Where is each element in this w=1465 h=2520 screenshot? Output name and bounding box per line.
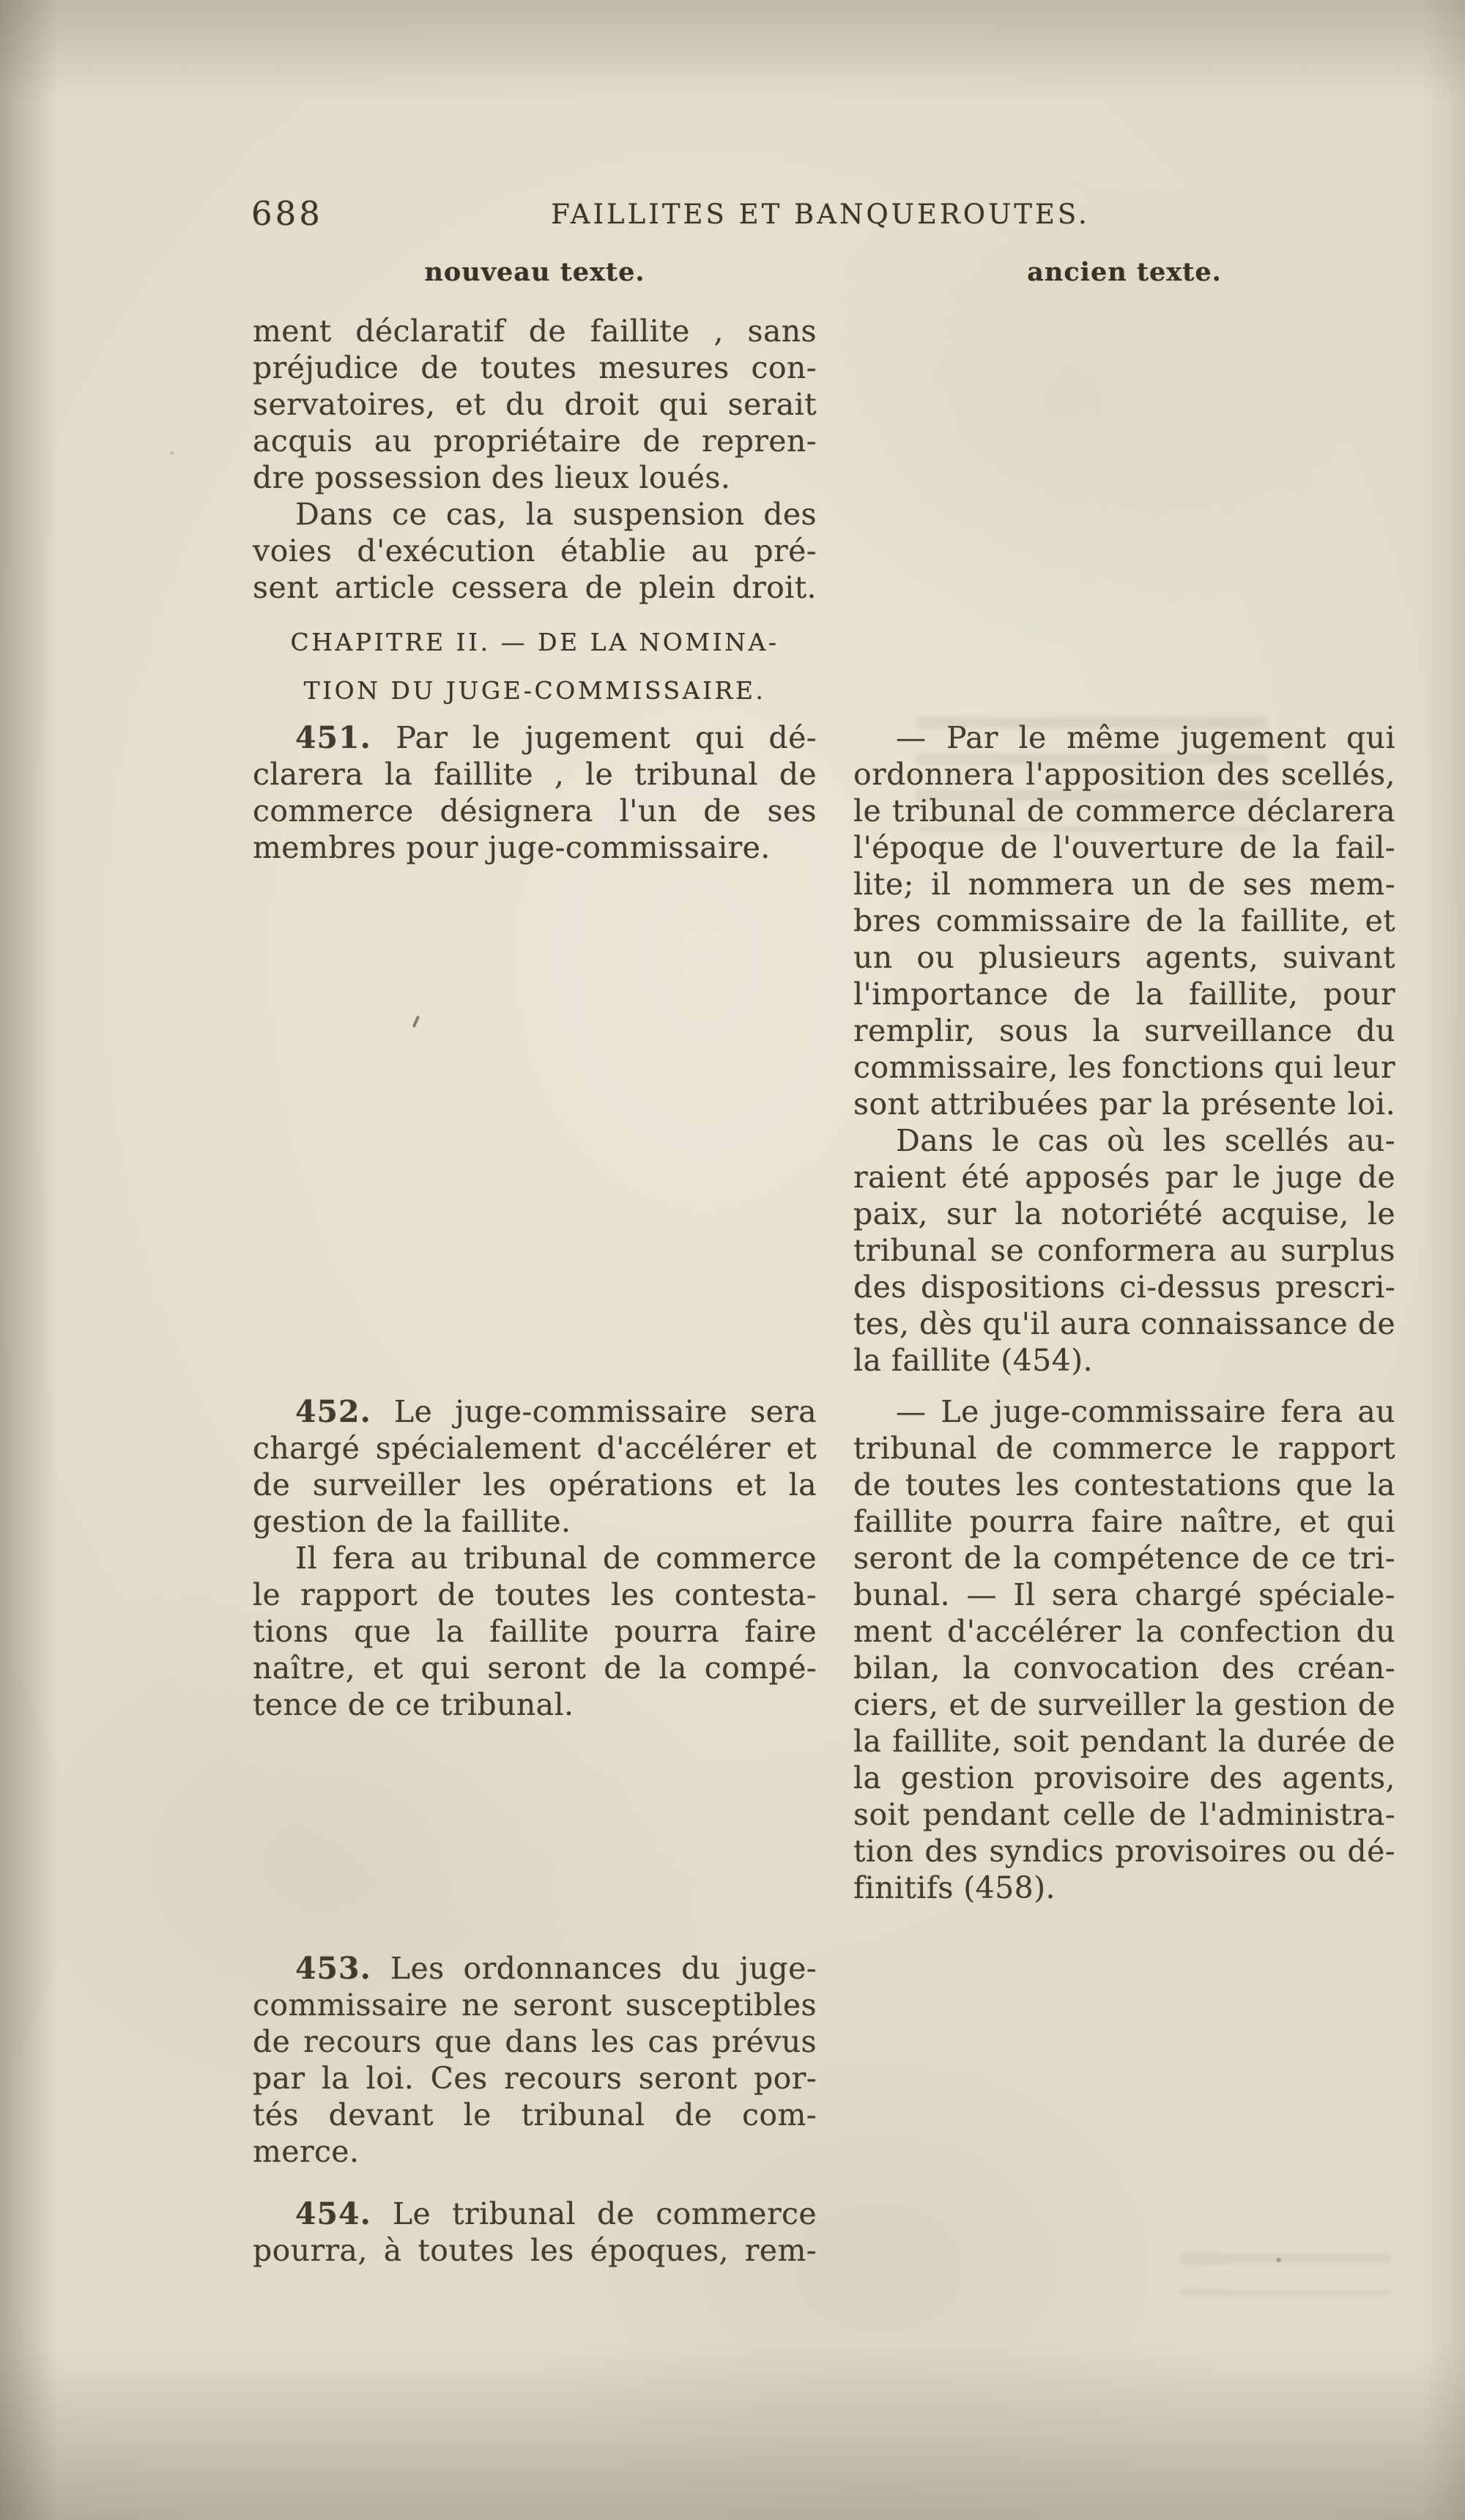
ink-speck [412,1015,420,1028]
text-line: raient été apposés par le juge de [853,1159,1395,1196]
text-line: tés devant le tribunal de com- [253,2097,817,2133]
text-line: — Par le même jugement qui [853,719,1395,756]
text-line: 454. Le tribunal de commerce [253,2195,817,2232]
text-line: tribunal de commerce le rapport [853,1430,1395,1467]
text-line: commissaire, les fonctions qui leur [853,1049,1395,1086]
text-line: gestion de la faillite. [253,1503,817,1540]
text-line: voies d'exécution établie au pré- [253,533,817,569]
text-line: Dans ce cas, la suspension des [253,496,817,533]
text-line: membres pour juge-commissaire. [253,829,817,866]
text-line: ment déclaratif de faillite , sans [253,313,817,349]
text-line: bilan, la convocation des créan- [853,1650,1395,1686]
text-line: préjudice de toutes mesures con- [253,349,817,386]
heading-line: CHAPITRE II. — DE LA NOMINA- [253,618,817,667]
text-line: Dans le cas où les scellés au- [853,1122,1395,1159]
text-line: un ou plusieurs agents, suivant [853,939,1395,976]
text-line: la gestion provisoire des agents, [853,1760,1395,1796]
text-block-article-452: 452. Le juge-commissaire serachargé spéc… [253,1393,817,1723]
text-block-article-453: 453. Les ordonnances du juge-commissaire… [253,1950,817,2170]
text-line: tion des syndics provisoires ou dé- [853,1833,1395,1869]
text-line: paix, sur la notoriété acquise, le [853,1196,1395,1232]
text-line: chargé spécialement d'accélérer et [253,1430,817,1467]
text-line: de recours que dans les cas prévus [253,2023,817,2060]
text-line: tions que la faillite pourra faire [253,1613,817,1650]
ink-speck [170,451,174,455]
article-number: 452. [295,1394,371,1429]
article-number: 453. [295,1951,371,1986]
running-title: FAILLITES ET BANQUEROUTES. [454,199,1187,230]
text-line: faillite pourra faire naître, et qui [853,1503,1395,1540]
text-block-article-451: 451. Par le jugement qui dé-clarera la f… [253,719,817,866]
scanned-book-page: 688 FAILLITES ET BANQUEROUTES. nouveau t… [0,0,1465,2520]
text-line: ciers, et de surveiller la gestion de [853,1686,1395,1723]
text-line: l'importance de la faillite, pour [853,976,1395,1012]
text-line: tence de ce tribunal. [253,1686,817,1723]
text-line: des dispositions ci-dessus prescri- [853,1269,1395,1305]
text-line: 452. Le juge-commissaire sera [253,1393,817,1430]
page-number: 688 [251,194,323,233]
text-line: tes, dès qu'il aura connaissance de [853,1305,1395,1342]
text-line: naître, et qui seront de la compé- [253,1650,817,1686]
ink-speck [1276,2258,1281,2262]
text-line: le rapport de toutes les contesta- [253,1576,817,1613]
text-line: la faillite (454). [853,1342,1395,1379]
text-line: de surveiller les opérations et la [253,1467,817,1503]
text-block-article-454: 454. Le tribunal de commercepourra, à to… [253,2195,817,2269]
article-number: 454. [295,2196,371,2231]
text-line: finitifs (458). [853,1869,1395,1906]
text-block-continuation: ment déclaratif de faillite , sanspréjud… [253,313,817,606]
text-line: soit pendant celle de l'administra- [853,1796,1395,1833]
text-block-ancien-451: — Par le même jugement quiordonnera l'ap… [853,719,1395,1379]
column-header-ancien-texte: ancien texte. [853,257,1395,287]
text-block-ancien-452: — Le juge-commissaire fera autribunal de… [853,1393,1395,1906]
text-line: la faillite, soit pendant la durée de [853,1723,1395,1760]
text-line: bunal. — Il sera chargé spéciale- [853,1576,1395,1613]
text-line: Il fera au tribunal de commerce [253,1540,817,1576]
heading-line: TION DU JUGE-COMMISSAIRE. [253,667,817,715]
text-line: clarera la faillite , le tribunal de [253,756,817,793]
text-line: 453. Les ordonnances du juge- [253,1950,817,1987]
text-line: tribunal se conformera au surplus [853,1232,1395,1269]
text-line: par la loi. Ces recours seront por- [253,2060,817,2097]
text-line: — Le juge-commissaire fera au [853,1393,1395,1430]
page-showthrough [1179,2253,1392,2297]
text-line: ordonnera l'apposition des scellés, [853,756,1395,793]
text-line: sont attribuées par la présente loi. [853,1086,1395,1122]
text-line: seront de la compétence de ce tri- [853,1540,1395,1576]
text-line: ment d'accélérer la confection du [853,1613,1395,1650]
text-line: acquis au propriétaire de repren- [253,423,817,459]
column-header-nouveau-texte: nouveau texte. [253,257,817,287]
text-line: 451. Par le jugement qui dé- [253,719,817,756]
text-line: pourra, à toutes les époques, rem- [253,2232,817,2269]
text-line: merce. [253,2133,817,2170]
text-line: servatoires, et du droit qui serait [253,386,817,423]
text-line: dre possession des lieux loués. [253,459,817,496]
text-line: l'époque de l'ouverture de la fail- [853,829,1395,866]
text-line: le tribunal de commerce déclarera [853,793,1395,829]
text-line: commissaire ne seront susceptibles [253,1987,817,2023]
text-line: bres commissaire de la faillite, et [853,903,1395,939]
chapter-heading: CHAPITRE II. — DE LA NOMINA-TION DU JUGE… [253,618,817,715]
text-line: remplir, sous la surveillance du [853,1012,1395,1049]
text-line: lite; il nommera un de ses mem- [853,866,1395,903]
text-line: sent article cessera de plein droit. [253,569,817,606]
article-number: 451. [295,720,371,755]
text-line: commerce désignera l'un de ses [253,793,817,829]
text-line: de toutes les contestations que la [853,1467,1395,1503]
